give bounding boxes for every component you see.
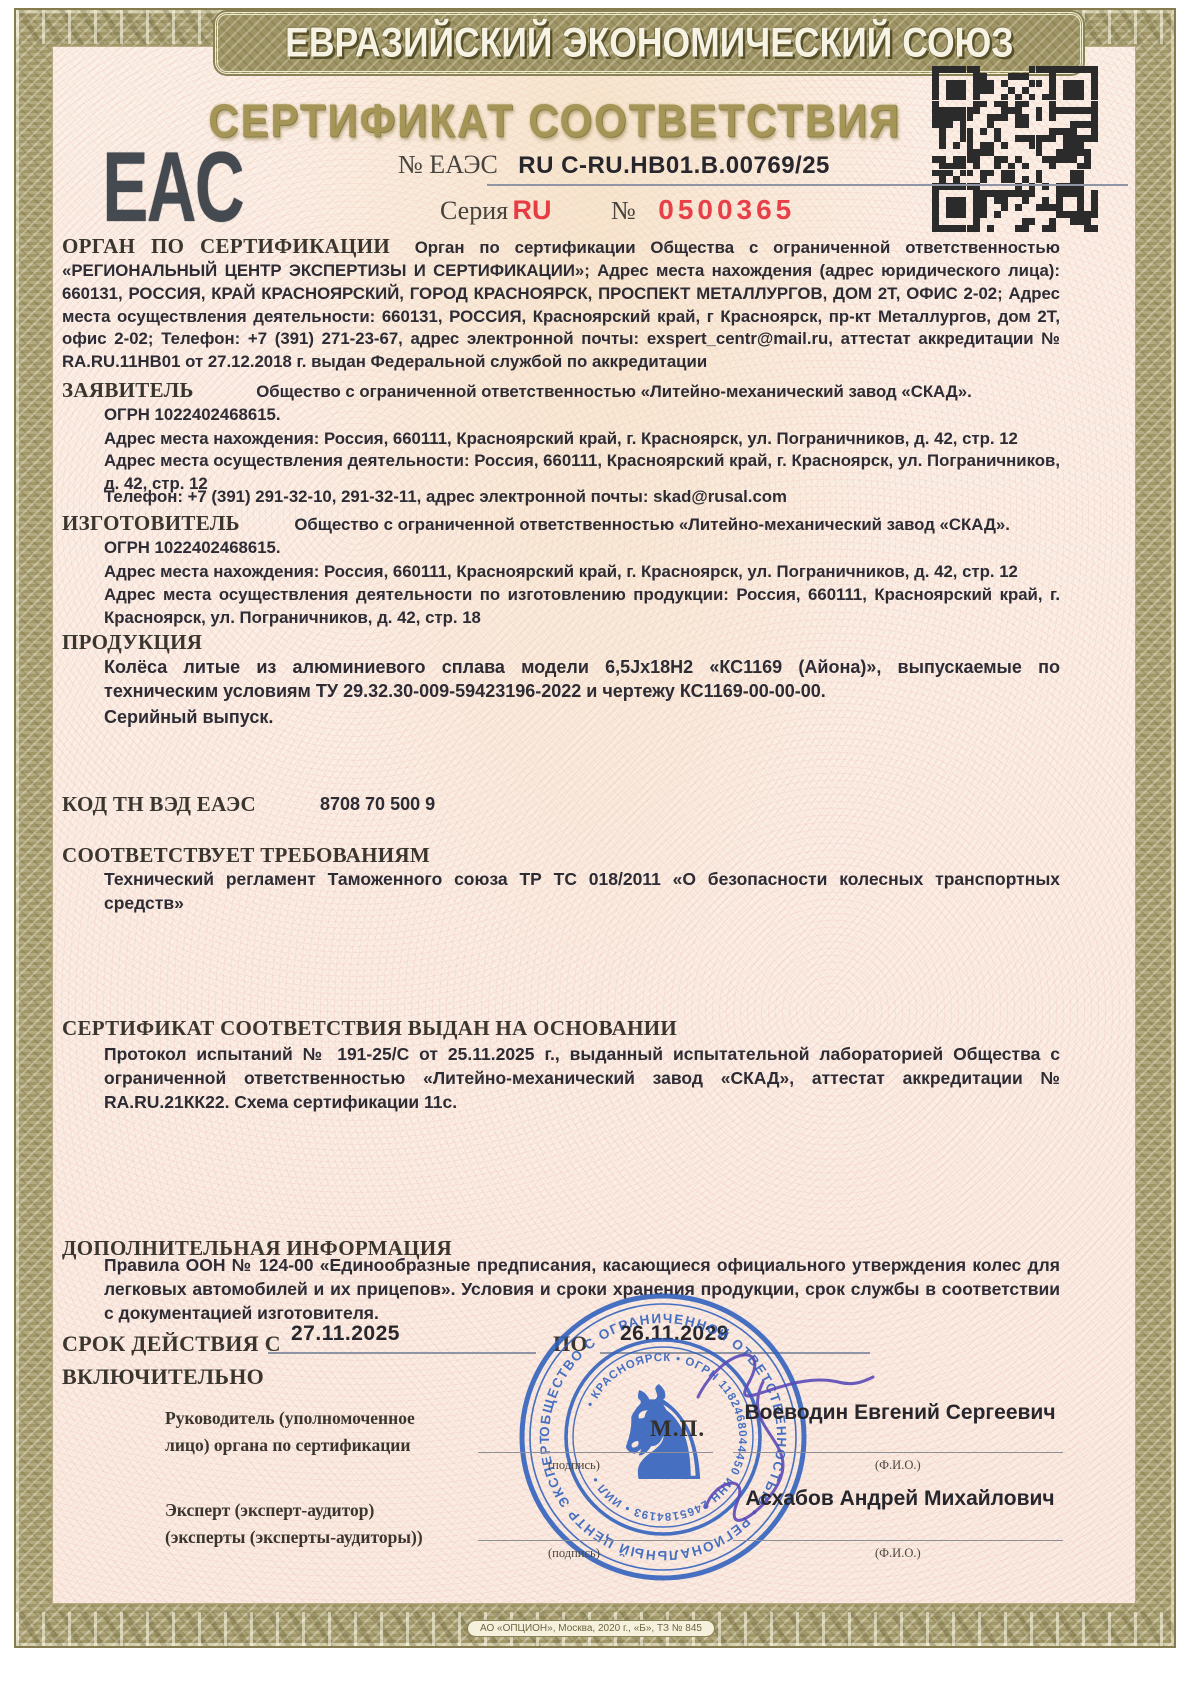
manufacturer-activity-address: Адрес места осуществления деятельности п… [104, 584, 1060, 630]
series-value: RU [513, 195, 552, 225]
production-text: Колёса литые из алюминиевого сплава моде… [104, 655, 1060, 704]
expert-signature-caption: (подпись) [548, 1546, 600, 1561]
validity-from-label: СРОК ДЕЙСТВИЯ С [62, 1331, 281, 1357]
printing-house-info: АО «ОПЦИОН», Москва, 2020 г., «Б», ТЗ № … [467, 1620, 715, 1637]
stamp-place-caption: М.П. [650, 1416, 705, 1442]
basis-text: Протокол испытаний № 191-25/С от 25.11.2… [104, 1043, 1060, 1114]
head-name-line [733, 1452, 1063, 1453]
union-banner-text: ЕВРАЗИЙСКИЙ ЭКОНОМИЧЕСКИЙ СОЮЗ [285, 19, 1013, 66]
series-label: Серия [440, 196, 508, 225]
qr-code [932, 66, 1098, 232]
expert-signer-role-line2: (эксперты (эксперты-аудиторы)) [165, 1527, 423, 1547]
certificate-number-underline [487, 184, 1128, 186]
head-name-caption: (Ф.И.О.) [875, 1458, 921, 1473]
certificate-number-value: RU C-RU.HB01.B.00769/25 [518, 152, 830, 179]
manufacturer-name: Общество с ограниченной ответственностью… [294, 515, 1010, 534]
section-applicant: ЗАЯВИТЕЛЬ Общество с ограниченной ответс… [62, 378, 1060, 404]
section-label-requirements: СООТВЕТСТВУЕТ ТРЕБОВАНИЯМ [62, 843, 430, 868]
applicant-name: Общество с ограниченной ответственностью… [256, 382, 972, 401]
certificate-page: ЕВРАЗИЙСКИЙ ЭКОНОМИЧЕСКИЙ СОЮЗ EAC СЕРТИ… [0, 0, 1182, 1684]
certificate-number-label: № ЕАЭС [398, 150, 498, 179]
union-banner: ЕВРАЗИЙСКИЙ ЭКОНОМИЧЕСКИЙ СОЮЗ [215, 12, 1083, 74]
head-signature-line [478, 1452, 713, 1453]
blank-number-label: № [611, 196, 636, 225]
document-title-text: СЕРТИФИКАТ СООТВЕТСТВИЯ [209, 95, 902, 148]
applicant-phone: Телефон: +7 (391) 291-32-10, 291-32-11, … [104, 486, 1060, 509]
series-row: Серия RU № 0500365 [440, 194, 795, 226]
section-label-manufacturer: ИЗГОТОВИТЕЛЬ [62, 511, 240, 535]
head-signer-role: Руководитель (уполномоченное лицо) орган… [165, 1405, 495, 1459]
signature-stroke [668, 1322, 918, 1572]
tnved-code-value: 8708 70 500 9 [320, 792, 435, 816]
expert-name-line [733, 1540, 1063, 1541]
applicant-address: Адрес места нахождения: Россия, 660111, … [104, 428, 1060, 451]
section-label-applicant: ЗАЯВИТЕЛЬ [62, 378, 194, 402]
section-manufacturer: ИЗГОТОВИТЕЛЬ Общество с ограниченной отв… [62, 511, 1060, 537]
production-serial-text: Серийный выпуск. [104, 705, 273, 729]
section-label-certification-body: ОРГАН ПО СЕРТИФИКАЦИИ [62, 234, 390, 258]
validity-inclusive-label: ВКЛЮЧИТЕЛЬНО [62, 1364, 264, 1390]
blank-number-value: 0500365 [658, 194, 795, 225]
expert-signer-name: Асхабов Андрей Михайлович [735, 1487, 1065, 1511]
head-signer-role-line1: Руководитель (уполномоченное [165, 1408, 415, 1428]
section-label-basis: СЕРТИФИКАТ СООТВЕТСТВИЯ ВЫДАН НА ОСНОВАН… [62, 1016, 677, 1041]
expert-signer-role: Эксперт (эксперт-аудитор) (эксперты (экс… [165, 1497, 525, 1551]
requirements-text: Технический регламент Таможенного союза … [104, 868, 1060, 916]
section-label-tnved: КОД ТН ВЭД ЕАЭС [62, 792, 256, 817]
section-certification-body: ОРГАН ПО СЕРТИФИКАЦИИ Орган по сертифика… [62, 234, 1060, 374]
expert-name-caption: (Ф.И.О.) [875, 1546, 921, 1561]
manufacturer-address: Адрес места нахождения: Россия, 660111, … [104, 561, 1060, 584]
head-signer-name: Воеводин Евгений Сергеевич [735, 1401, 1065, 1425]
validity-from-date: 27.11.2025 [291, 1322, 400, 1346]
head-signature-caption: (подпись) [548, 1458, 600, 1473]
expert-signature-line [478, 1540, 713, 1541]
section-label-production: ПРОДУКЦИЯ [62, 630, 202, 655]
certificate-number-row: № ЕАЭС RU C-RU.HB01.B.00769/25 [398, 150, 830, 180]
applicant-ogrn: ОГРН 1022402468615. [104, 404, 1060, 427]
expert-signer-role-line1: Эксперт (эксперт-аудитор) [165, 1500, 374, 1520]
document-title: СЕРТИФИКАТ СООТВЕТСТВИЯ [0, 98, 1110, 145]
manufacturer-ogrn: ОГРН 1022402468615. [104, 537, 1060, 560]
validity-from-underline [268, 1352, 536, 1354]
head-signer-role-line2: лицо) органа по сертификации [165, 1435, 410, 1455]
